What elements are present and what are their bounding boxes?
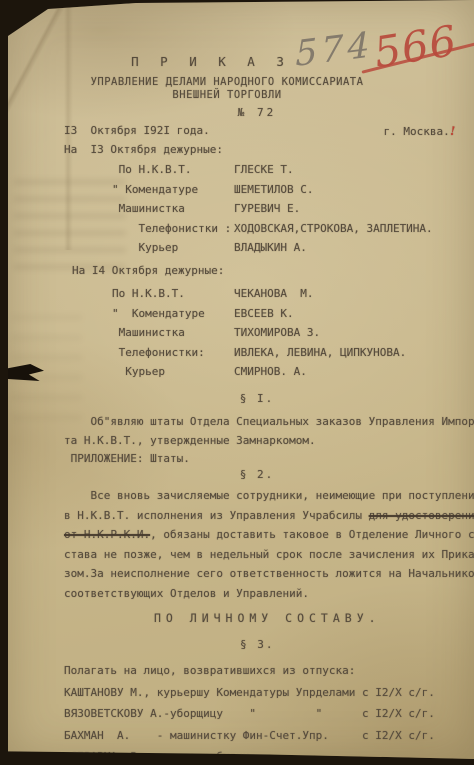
place-text: г. Москва. — [383, 125, 449, 138]
duty-list-14: По Н.К.В.Т. ЧЕКАНОВА М. " Комендатуре ЕВ… — [112, 284, 406, 382]
reference-note: СПРАВКА: Рапорта о прибытии. — [64, 746, 435, 765]
duty-row: Машинистка ГУРЕВИЧ Е. — [112, 199, 433, 219]
personnel-list: Полагать на лицо, возвратившихся из отпу… — [64, 660, 435, 765]
duty-role: Курьер — [112, 362, 234, 382]
duty-role: " Комендатуре — [112, 180, 234, 200]
duty-name: ИВЛЕКА, ЛЕВИНА, ЦИПКУНОВА. — [234, 343, 406, 363]
personnel-row: КАШТАНОВУ М., курьершу Комендатуры Упрде… — [64, 682, 435, 704]
duty-name: ЧЕКАНОВА М. — [234, 284, 313, 304]
paragraph-line: та Н.К.В.Т., утвержденные Замнаркомом. — [64, 432, 474, 451]
attachment-note: ПРИЛОЖЕНИЕ: Штаты. — [64, 450, 474, 469]
duty-row: По Н.К.В.Т. ЧЕКАНОВА М. — [112, 284, 406, 304]
duty-row: " Комендатуре ЕВСЕЕВ К. — [112, 304, 406, 324]
duty-row: " Комендатуре ШЕМЕТИЛОВ С. — [112, 180, 433, 200]
duty-row: Телефонистки : ХОДОВСКАЯ,СТРОКОВА, ЗАПЛЕ… — [112, 219, 433, 239]
org-name-line2: ВНЕШНЕЙ ТОРГОВЛИ — [8, 89, 446, 102]
duty-row: Курьер СМИРНОВ. А. — [112, 362, 406, 382]
photo-backdrop: 574 566 П Р И К А З УПРАВЛЕНИЕ ДЕЛАМИ НА… — [0, 0, 474, 765]
paragraph-line: Все вновь зачисляемые сотрудники, неимею… — [64, 486, 474, 506]
duty-role: Машинистка — [112, 323, 234, 343]
duty-role: Телефонистки: — [112, 343, 234, 363]
section-2-marker: § 2. — [240, 468, 275, 481]
section-1-body: Об"являю штаты Отдела Специальных заказо… — [64, 413, 474, 469]
personnel-section-heading: ПО ЛИЧНОМУ СОСТАВУ. — [154, 611, 381, 625]
duty-role: " Комендатуре — [112, 304, 234, 324]
section-2-body: Все вновь зачисляемые сотрудники, неимею… — [64, 486, 474, 604]
document-title: П Р И К А З — [131, 54, 291, 69]
duty-name: ХОДОВСКАЯ,СТРОКОВА, ЗАПЛЕТИНА. — [234, 219, 433, 239]
line-text: , обязаны доставить таковое в Отделение … — [150, 528, 474, 541]
paragraph-line: соответствующих Отделов и Управлений. — [64, 584, 474, 604]
typewritten-content: П Р И К А З УПРАВЛЕНИЕ ДЕЛАМИ НАРОДНОГО … — [8, 0, 474, 759]
order-number: № 72 — [238, 106, 277, 119]
struck-text: для удостоверения — [369, 509, 474, 522]
duty-role: Курьер — [112, 238, 234, 258]
duty-row: Курьер ВЛАДЫКИН А. — [112, 238, 433, 258]
line-text: в Н.К.В.Т. исполнения из Управления Учра… — [64, 509, 369, 522]
duty-role: По Н.К.В.Т. — [112, 284, 234, 304]
paragraph-line: става не позже, чем в недельный срок пос… — [64, 545, 474, 565]
duty-list-13-heading: На I3 Октября дежурные: — [64, 143, 223, 156]
duty-list-14-heading: На I4 Октября дежурные: — [72, 264, 224, 277]
duty-role: Машинистка — [112, 199, 234, 219]
org-name-line1: УПРАВЛЕНИЕ ДЕЛАМИ НАРОДНОГО КОМИССАРИАТА — [8, 76, 446, 89]
duty-name: ВЛАДЫКИН А. — [234, 238, 307, 258]
duty-name: ШЕМЕТИЛОВ С. — [234, 180, 313, 200]
paragraph-line: Об"являю штаты Отдела Специальных заказо… — [64, 413, 474, 432]
personnel-row: ВЯЗОВЕТСКОВУ А.-уборщицу " " с I2/X с/г. — [64, 703, 435, 725]
personnel-row: БАХМАН А. - машинистку Фин-Счет.Упр. с I… — [64, 725, 435, 747]
section-1-marker: § I. — [240, 392, 275, 405]
document-page: 574 566 П Р И К А З УПРАВЛЕНИЕ ДЕЛАМИ НА… — [8, 0, 474, 759]
duty-name: ГЛЕСКЕ Т. — [234, 160, 294, 180]
duty-role: Телефонистки : — [112, 219, 234, 239]
personnel-intro: Полагать на лицо, возвратившихся из отпу… — [64, 660, 435, 682]
struck-text: от Н.К.Р.К.И. — [64, 528, 150, 541]
duty-row: Телефонистки: ИВЛЕКА, ЛЕВИНА, ЦИПКУНОВА. — [112, 343, 406, 363]
duty-name: СМИРНОВ. А. — [234, 362, 307, 382]
duty-row: По Н.К.В.Т. ГЛЕСКЕ Т. — [112, 160, 433, 180]
duty-role: По Н.К.В.Т. — [112, 160, 234, 180]
order-place: г. Москва.! — [383, 124, 455, 138]
paragraph-line: зом.За неисполнение сего ответственность… — [64, 564, 474, 584]
paragraph-line: от Н.К.Р.К.И., обязаны доставить таковое… — [64, 525, 474, 545]
duty-name: ТИХОМИРОВА З. — [234, 323, 320, 343]
section-3-marker: § 3. — [240, 638, 275, 651]
paragraph-line: в Н.К.В.Т. исполнения из Управления Учра… — [64, 506, 474, 526]
duty-name: ГУРЕВИЧ Е. — [234, 199, 300, 219]
duty-name: ЕВСЕЕВ К. — [234, 304, 294, 324]
duty-row: Машинистка ТИХОМИРОВА З. — [112, 323, 406, 343]
order-date: I3 Октября I92I года. — [64, 124, 210, 138]
duty-list-13: По Н.К.В.Т. ГЛЕСКЕ Т. " Комендатуре ШЕМЕ… — [112, 160, 433, 258]
